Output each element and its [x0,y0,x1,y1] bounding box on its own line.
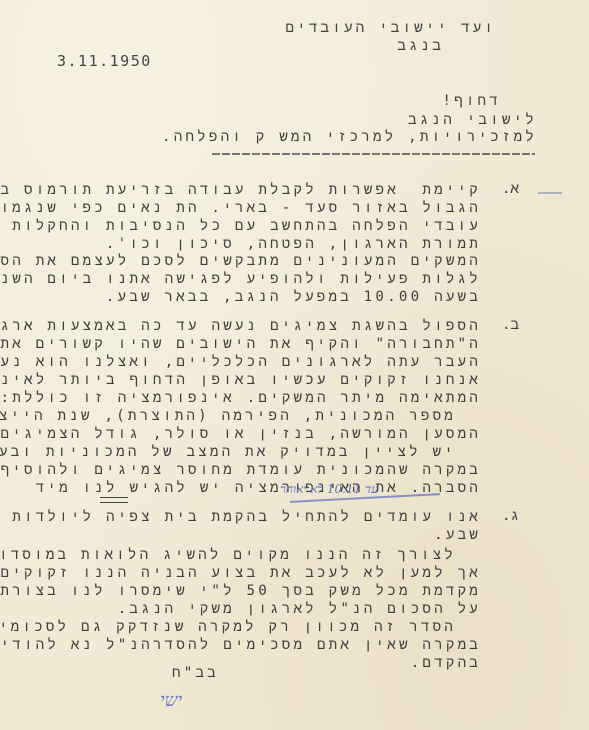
section-b-line-7: המסען המורשה, בנזין או סולר, גודל הצמיגי… [0,425,481,443]
section-a-line-6: לגלות פעילות ולהופיע לפגישה אתנו ביום הש… [0,270,481,288]
section-b-line-2: ה"תחבורה" והקיף את הישובים שהיו קשורים א… [0,335,481,353]
recipients-line-1: לישובי הנגב [408,111,537,129]
closing: בב"ח [172,664,219,682]
section-a-line-2: הגבול באזור סעד - בארי. הת נאים כפי שנגמ… [0,199,481,217]
section-a-line-7: בשעה 10.00 במפעל הנגב, בבאר שבע. [106,288,481,306]
divider-dashed [212,153,535,155]
section-b-line-6: מספר המכונית, הפירמה (התוצרת), שנת הייצו… [0,407,456,425]
section-a-line-3: עובדי הפלחה בהתחשב עם כל הנסיבות והחקלות… [0,217,481,235]
section-b-line-4: אנחנו זקוקים עכשיו באופן הדחוף ביותר לאי… [0,371,481,389]
signature: ישי [160,690,182,711]
section-a-line-5: המשקים המעונינים מתבקשים לסכם לעצמם את ה… [0,252,481,270]
section-c-line-9: בהקדם. [411,654,481,672]
recipients-line-2: למזכירויות, למרכזי המש ק והפלחה. [162,128,537,146]
section-b-line-9: במקרה שהמכונית עומדת מחוסר צמיגים ולהוסי… [0,461,481,479]
paper-mark [538,192,562,194]
section-c-line-6: על הסכום הנ"ל לארגון משקי הנגב. [118,600,481,618]
emphasis-underline [100,497,128,503]
letter-date: 3.11.1950 [57,52,152,70]
section-a-line-1: קיימת אפשרות לקבלת עבודה בזריעת תורמוס ב… [0,181,481,199]
section-c-line-4: אך למען לא לעכב את בצוע הבניה הננו זקוקי… [0,564,481,582]
section-b-line-5: המתאימה מיתר המשקים. אינפורמציה זו כוללת… [1,389,481,407]
section-b-marker: ב. [502,317,519,334]
handwritten-note: עד 10.11 לא יאוחר [280,482,378,497]
section-b-line-1: הספול בהשגת צמיגים נעשה עד כה באמצעות אר… [0,317,481,335]
salutation: דחוף! [442,92,501,110]
section-c-marker: ג. [502,508,519,525]
section-a-marker: א. [502,181,519,198]
letterhead-line-1: ועד יישובי העובדים [285,20,496,37]
letter-paper: ועד יישובי העובדים בנגב 3.11.1950 דחוף! … [0,0,589,730]
section-b-line-8: יש לציין במדויק את המצב של המכוניות ובעי… [0,443,456,461]
letterhead-line-2: בנגב [397,38,444,55]
section-c-line-7: הסדר זה מכוון רק למקרה שנזדקק גם לסכומים… [0,618,456,636]
section-c-line-8: במקרה שאין אתם מסכימים להסדרהנ"ל נא להוד… [0,636,481,654]
section-c-line-3: לצורך זה הננו מקוים להשיג הלואות במוסדות… [0,546,456,564]
section-c-line-1: אנו עומדים להתחיל בהקמת בית צפיה ליולדות… [0,508,481,526]
section-a-line-4: תמורת הארגון, הפטחה, סיכון וכו'. [106,235,481,253]
section-c-line-2: שבע. [434,526,481,544]
section-c-line-5: מקדמת מכל משק בסך 50 ל"י שימסרו לנו בצור… [0,582,481,600]
section-b-line-3: העבר עתה לארגונים הכלכליים, ואצלנו הוא נ… [0,353,481,371]
